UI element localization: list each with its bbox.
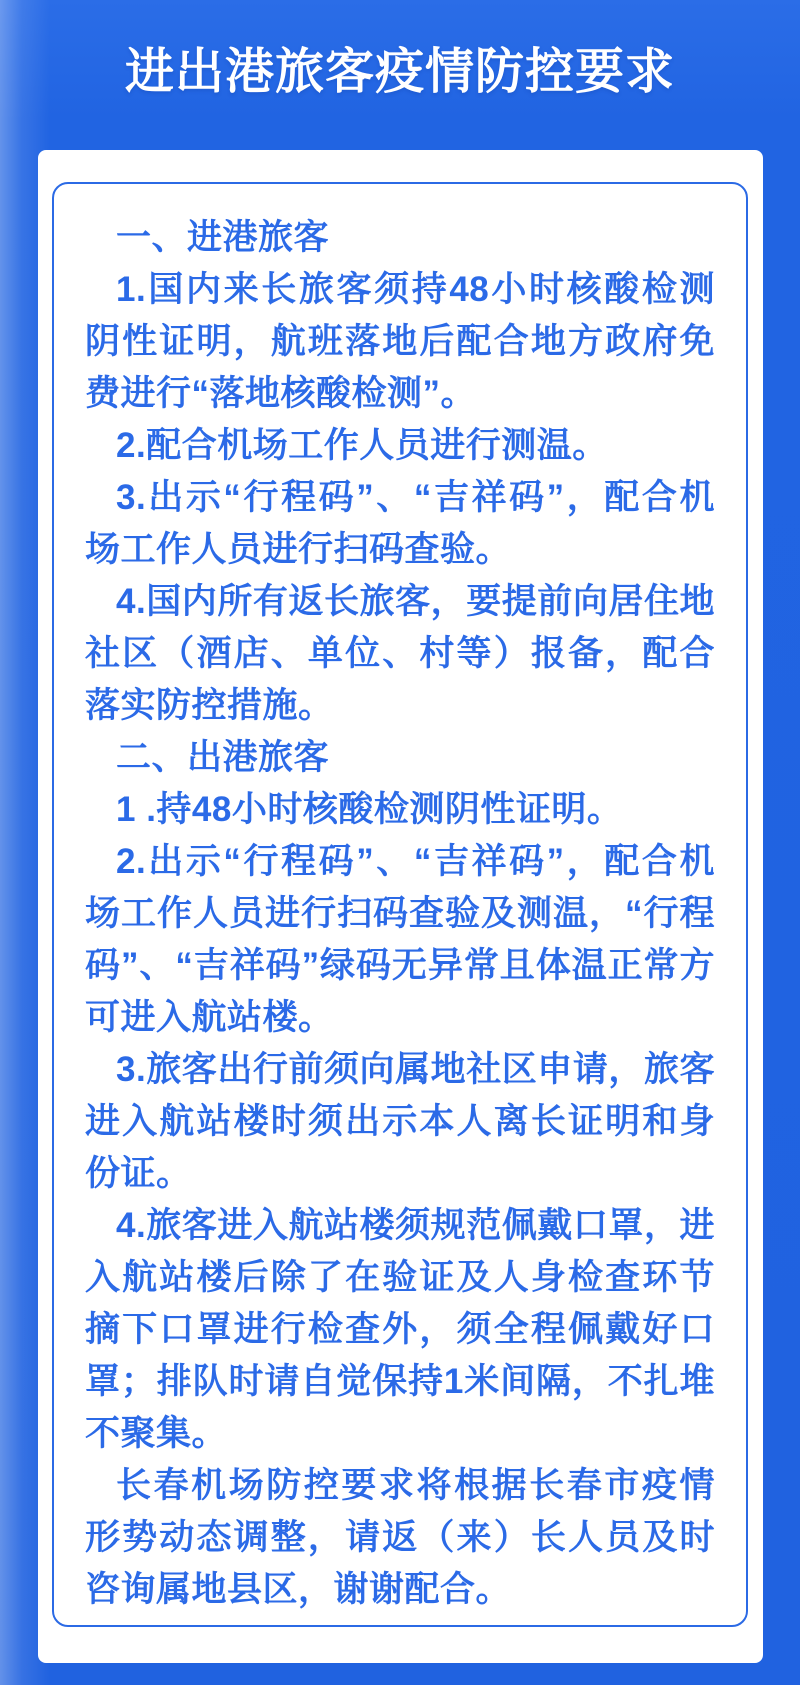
page-title: 进出港旅客疫情防控要求 [125, 33, 675, 117]
arrival-rule-4: 4.国内所有返长旅客，要提前向居住地社区（酒店、单位、村等）报备，配合落实防控措… [85, 576, 715, 732]
arrival-rule-3: 3.出示“行程码”、“吉祥码”，配合机场工作人员进行扫码查验。 [85, 472, 715, 576]
closing-note: 长春机场防控要求将根据长春市疫情形势动态调整，请返（来）长人员及时咨询属地县区，… [85, 1460, 715, 1616]
departure-rule-1: 1 .持48小时核酸检测阴性证明。 [85, 784, 715, 836]
departure-rule-4: 4.旅客进入航站楼须规范佩戴口罩，进入航站楼后除了在验证及人身检查环节摘下口罩进… [85, 1200, 715, 1460]
departure-rule-2: 2.出示“行程码”、“吉祥码”，配合机场工作人员进行扫码查验及测温，“行程码”、… [85, 836, 715, 1044]
departure-rule-3: 3.旅客出行前须向属地社区申请，旅客进入航站楼时须出示本人离长证明和身份证。 [85, 1044, 715, 1200]
section-heading-arrival: 一、进港旅客 [85, 212, 715, 264]
arrival-rule-1: 1.国内来长旅客须持48小时核酸检测阴性证明，航班落地后配合地方政府免费进行“落… [85, 264, 715, 420]
arrival-rule-2: 2.配合机场工作人员进行测温。 [85, 420, 715, 472]
section-heading-departure: 二、出港旅客 [85, 732, 715, 784]
header-banner: 进出港旅客疫情防控要求 [0, 0, 800, 150]
notice-page: { "header": { "title": "进出港旅客疫情防控要求" }, … [0, 0, 800, 1685]
content-card: 一、进港旅客 1.国内来长旅客须持48小时核酸检测阴性证明，航班落地后配合地方政… [38, 150, 763, 1663]
content-border-box: 一、进港旅客 1.国内来长旅客须持48小时核酸检测阴性证明，航班落地后配合地方政… [52, 182, 748, 1627]
